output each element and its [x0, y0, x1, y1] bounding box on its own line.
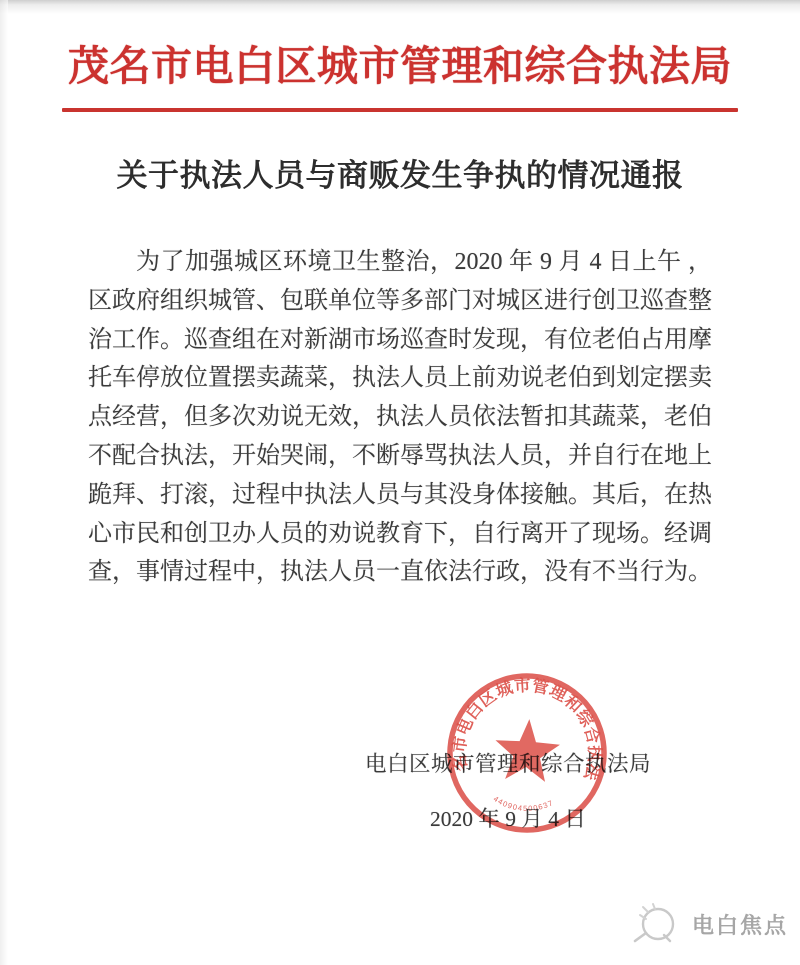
scan-edge-shadow-left: [0, 0, 8, 965]
signature-block: 电白区城市管理和综合执法局 2020 年 9 月 4 日: [365, 747, 651, 833]
watermark-label: 电白焦点: [692, 909, 788, 940]
watermark-brand: 电白焦点: [626, 897, 788, 951]
document-title: 关于执法人员与商贩发生争执的情况通报: [0, 150, 800, 195]
letterhead-rule: [62, 108, 738, 112]
signature-org-name: 电白区城市管理和综合执法局: [365, 747, 651, 778]
body-line: 区政府组织城管、包联单位等多部门对城区进行创卫巡查整: [88, 282, 712, 321]
body-line: 查，事情过程中，执法人员一直依法行政，没有不当行为。: [88, 553, 712, 592]
body-line: 点经营，但多次劝说无效，执法人员依法暂扣其蔬菜，老伯: [88, 398, 712, 437]
body-line: 跪拜、打滚，过程中执法人员与其没身体接触。其后，在热: [88, 476, 712, 515]
document-body: 为了加强城区环境卫生整治，2020 年 9 月 4 日上午 ， 区政府组织城管、…: [88, 243, 712, 592]
scan-edge-shadow-top: [0, 0, 800, 14]
watermark-logo-icon: [626, 897, 684, 951]
letterhead-org-name: 茂名市电白区城市管理和综合执法局: [0, 33, 800, 92]
body-line: 托车停放位置摆卖蔬菜，执法人员上前劝说老伯到划定摆卖: [88, 359, 712, 398]
scanned-notice-page: { "letterhead": { "org_name": "茂名市电白区城市管…: [0, 0, 800, 965]
body-line: 心市民和创卫办人员的劝说教育下，自行离开了现场。经调: [88, 515, 712, 554]
body-line: 为了加强城区环境卫生整治，2020 年 9 月 4 日上午 ，: [88, 243, 712, 282]
body-line: 不配合执法，开始哭闹，不断辱骂执法人员，并自行在地上: [88, 437, 712, 476]
signature-date: 2020 年 9 月 4 日: [365, 802, 651, 833]
body-line: 治工作。巡查组在对新湖市场巡查时发现，有位老伯占用摩: [88, 321, 712, 360]
